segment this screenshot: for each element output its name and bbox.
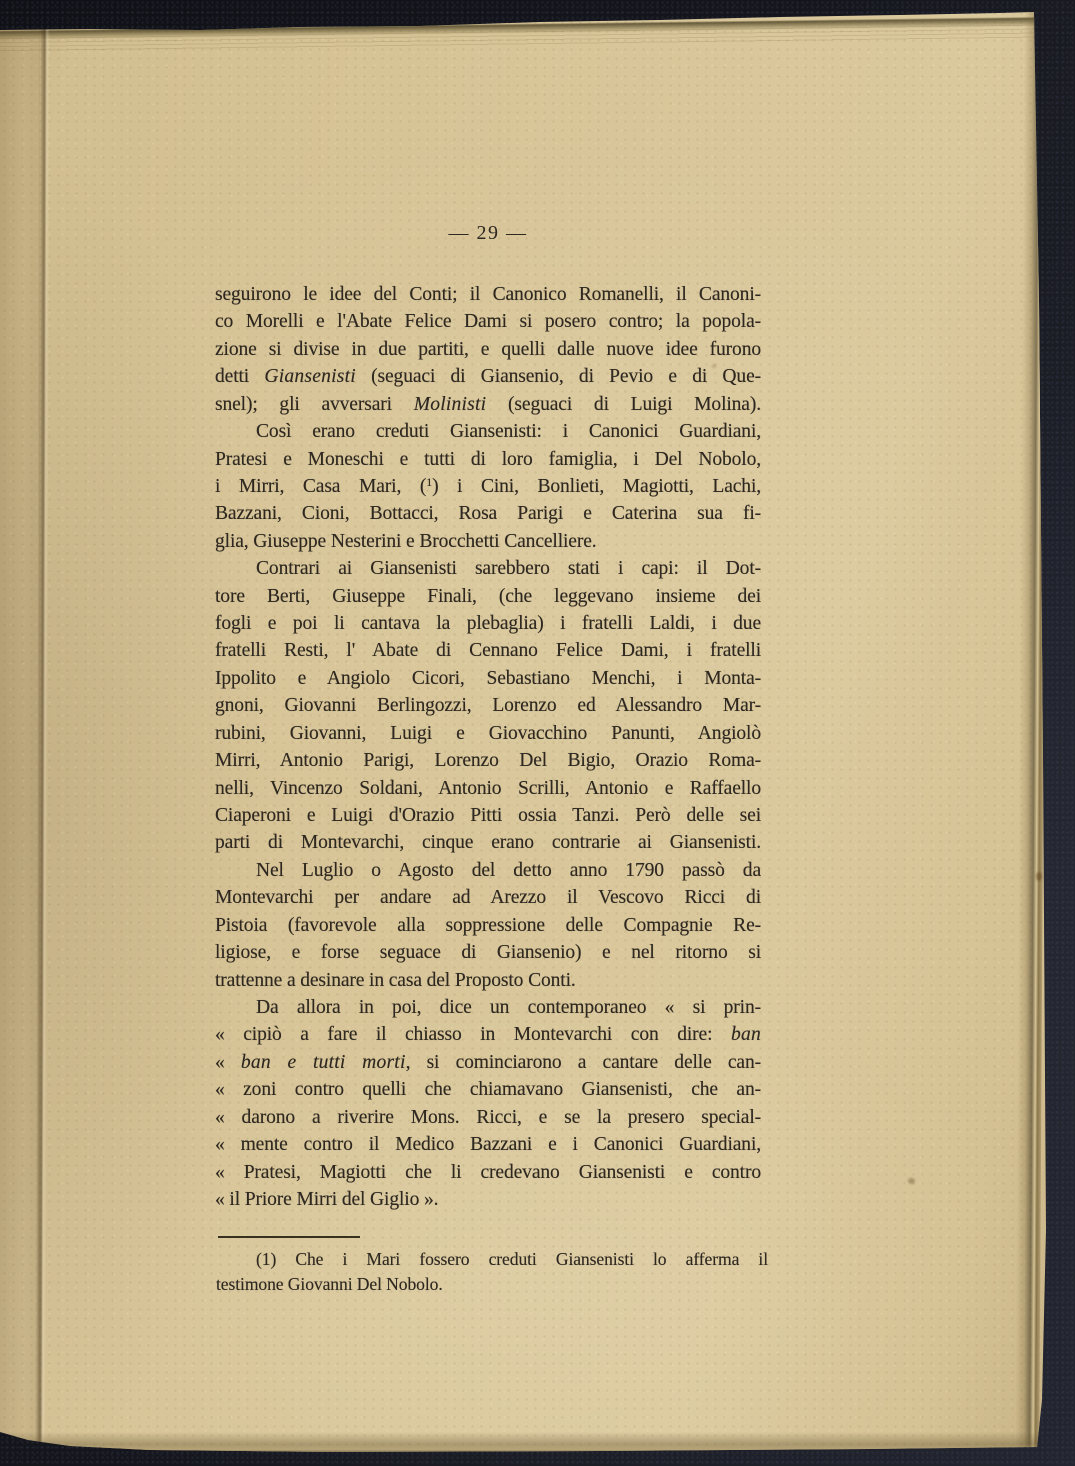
text-run: Mirri, Antonio Parigi, Lorenzo Del Bigio… bbox=[215, 750, 761, 771]
text-run: i Mirri, Casa Mari, ( bbox=[215, 476, 426, 497]
text-line: Ciaperoni e Luigi d'Orazio Pitti ossia T… bbox=[215, 802, 761, 829]
text-run: Bazzani, Cioni, Bottacci, Rosa Parigi e … bbox=[215, 503, 761, 524]
text-line: gnoni, Giovanni Berlingozzi, Lorenzo ed … bbox=[215, 692, 761, 719]
text-run: (1) Che i Mari fossero creduti Giansenis… bbox=[256, 1249, 768, 1269]
text-run: rubini, Giovanni, Luigi e Giovacchino Pa… bbox=[215, 723, 761, 744]
text-run: parti di Montevarchi, cinque erano contr… bbox=[215, 832, 761, 853]
text-run: testimone Giovanni Del Nobolo. bbox=[216, 1274, 443, 1294]
paragraph: seguirono le idee del Conti; il Canonico… bbox=[215, 281, 761, 418]
text-run: trattenne a desinare in casa del Propost… bbox=[215, 970, 576, 991]
text-line: detti Giansenisti (seguaci di Giansenio,… bbox=[215, 363, 761, 390]
scanned-book-photo: — 29 — seguirono le idee del Conti; il C… bbox=[0, 0, 1075, 1466]
text-run: Da allora in poi, dice un contemporaneo … bbox=[256, 997, 761, 1018]
text-run: seguirono le idee del Conti; il Canonico… bbox=[215, 284, 761, 305]
text-line: Da allora in poi, dice un contemporaneo … bbox=[215, 994, 761, 1021]
text-run: ligiose, e forse seguace di Giansenio) e… bbox=[215, 942, 761, 963]
text-line: rubini, Giovanni, Luigi e Giovacchino Pa… bbox=[215, 720, 761, 747]
text-line: Pratesi e Moneschi e tutti di loro famig… bbox=[215, 446, 761, 473]
text-line: ligiose, e forse seguace di Giansenio) e… bbox=[215, 939, 761, 966]
text-run: fogli e poi li cantava la plebaglia) i f… bbox=[215, 613, 761, 634]
text-run: ) i Cini, Bonlieti, Magiotti, Lachi, bbox=[432, 476, 761, 497]
body-text: seguirono le idee del Conti; il Canonico… bbox=[215, 281, 761, 1213]
text-run: detti bbox=[215, 366, 264, 387]
text-line: Contrari ai Giansenisti sarebbero stati … bbox=[215, 555, 761, 582]
paragraph: Da allora in poi, dice un contemporaneo … bbox=[215, 994, 761, 1213]
text-run: (seguaci di Giansenio, di Pevio e di Que… bbox=[356, 366, 761, 387]
text-line: Montevarchi per andare ad Arezzo il Vesc… bbox=[215, 884, 761, 911]
text-run: « mente contro il Medico Bazzani e i Can… bbox=[215, 1134, 761, 1155]
text-line: « il Priore Mirri del Giglio ». bbox=[215, 1186, 761, 1213]
text-line: testimone Giovanni Del Nobolo. bbox=[216, 1272, 768, 1297]
text-line: tore Berti, Giuseppe Finali, (che leggev… bbox=[215, 583, 761, 610]
text-run: Pistoia (favorevole alla soppressione de… bbox=[215, 915, 761, 936]
text-run: zione si divise in due partiti, e quelli… bbox=[215, 339, 761, 360]
footnote-rule bbox=[218, 1236, 360, 1238]
text-line: « ban e tutti morti, si cominciarono a c… bbox=[215, 1049, 761, 1076]
text-line: Bazzani, Cioni, Bottacci, Rosa Parigi e … bbox=[215, 500, 761, 527]
text-line: i Mirri, Casa Mari, (1) i Cini, Bonlieti… bbox=[215, 473, 761, 500]
paragraph: Nel Luglio o Agosto del detto anno 1790 … bbox=[215, 857, 761, 994]
text-run: « cipiò a fare il chiasso in Montevarchi… bbox=[215, 1024, 731, 1045]
paragraph: Contrari ai Giansenisti sarebbero stati … bbox=[215, 555, 761, 857]
text-run: co Morelli e l'Abate Felice Dami si pose… bbox=[215, 311, 761, 332]
text-line: Pistoia (favorevole alla soppressione de… bbox=[215, 912, 761, 939]
text-line: seguirono le idee del Conti; il Canonico… bbox=[215, 281, 761, 308]
text-line: snel); gli avversari Molinisti (seguaci … bbox=[215, 391, 761, 418]
text-line: (1) Che i Mari fossero creduti Giansenis… bbox=[216, 1247, 768, 1272]
text-run: , si cominciarono a cantare delle can- bbox=[406, 1052, 761, 1073]
text-run: fratelli Resti, l' Abate di Cennano Feli… bbox=[215, 640, 761, 661]
text-run: Nel Luglio o Agosto del detto anno 1790 … bbox=[256, 860, 761, 881]
book-page: — 29 — seguirono le idee del Conti; il C… bbox=[0, 0, 1052, 1466]
text-run: tore Berti, Giuseppe Finali, (che leggev… bbox=[215, 586, 761, 607]
text-run: « Pratesi, Magiotti che li credevano Gia… bbox=[215, 1162, 761, 1183]
text-run: Ciaperoni e Luigi d'Orazio Pitti ossia T… bbox=[215, 805, 761, 826]
text-line: « mente contro il Medico Bazzani e i Can… bbox=[215, 1131, 761, 1158]
text-line: parti di Montevarchi, cinque erano contr… bbox=[215, 829, 761, 856]
text-run: « zoni contro quelli che chiamavano Gian… bbox=[215, 1079, 761, 1100]
text-run: « il Priore Mirri del Giglio ». bbox=[215, 1189, 438, 1210]
text-line: « zoni contro quelli che chiamavano Gian… bbox=[215, 1076, 761, 1103]
text-line: fratelli Resti, l' Abate di Cennano Feli… bbox=[215, 637, 761, 664]
text-run: Molinisti bbox=[414, 394, 487, 415]
text-line: « Pratesi, Magiotti che li credevano Gia… bbox=[215, 1159, 761, 1186]
text-run: Montevarchi per andare ad Arezzo il Vesc… bbox=[215, 887, 761, 908]
text-line: glia, Giuseppe Nesterini e Brocchetti Ca… bbox=[215, 528, 761, 555]
text-run: Ippolito e Angiolo Cicori, Sebastiano Me… bbox=[215, 668, 761, 689]
text-run: « darono a riverire Mons. Ricci, e se la… bbox=[215, 1107, 761, 1128]
text-line: zione si divise in due partiti, e quelli… bbox=[215, 336, 761, 363]
text-run: nelli, Vincenzo Soldani, Antonio Scrilli… bbox=[215, 778, 761, 799]
text-run: « bbox=[215, 1052, 241, 1073]
text-line: co Morelli e l'Abate Felice Dami si pose… bbox=[215, 308, 761, 335]
text-line: Così erano creduti Giansenisti: i Canoni… bbox=[215, 418, 761, 445]
text-line: « darono a riverire Mons. Ricci, e se la… bbox=[215, 1104, 761, 1131]
text-run: ban e tutti morti bbox=[241, 1052, 406, 1073]
text-run: Giansenisti bbox=[264, 366, 355, 387]
page-number: — 29 — bbox=[215, 222, 761, 245]
text-line: fogli e poi li cantava la plebaglia) i f… bbox=[215, 610, 761, 637]
text-run: ban bbox=[731, 1024, 761, 1045]
text-line: Mirri, Antonio Parigi, Lorenzo Del Bigio… bbox=[215, 747, 761, 774]
text-run: Contrari ai Giansenisti sarebbero stati … bbox=[256, 558, 761, 579]
page-content: — 29 — seguirono le idee del Conti; il C… bbox=[0, 0, 1052, 1466]
text-run: gnoni, Giovanni Berlingozzi, Lorenzo ed … bbox=[215, 695, 761, 716]
text-run: Così erano creduti Giansenisti: i Canoni… bbox=[256, 421, 761, 442]
footnote: (1) Che i Mari fossero creduti Giansenis… bbox=[216, 1247, 768, 1297]
text-run: snel); gli avversari bbox=[215, 394, 414, 415]
text-run: glia, Giuseppe Nesterini e Brocchetti Ca… bbox=[215, 531, 597, 552]
text-line: « cipiò a fare il chiasso in Montevarchi… bbox=[215, 1021, 761, 1048]
text-line: Ippolito e Angiolo Cicori, Sebastiano Me… bbox=[215, 665, 761, 692]
text-line: trattenne a desinare in casa del Propost… bbox=[215, 967, 761, 994]
text-run: (seguaci di Luigi Molina). bbox=[486, 394, 761, 415]
text-line: nelli, Vincenzo Soldani, Antonio Scrilli… bbox=[215, 775, 761, 802]
text-run: Pratesi e Moneschi e tutti di loro famig… bbox=[215, 449, 761, 470]
text-line: Nel Luglio o Agosto del detto anno 1790 … bbox=[215, 857, 761, 884]
paragraph: Così erano creduti Giansenisti: i Canoni… bbox=[215, 418, 761, 555]
